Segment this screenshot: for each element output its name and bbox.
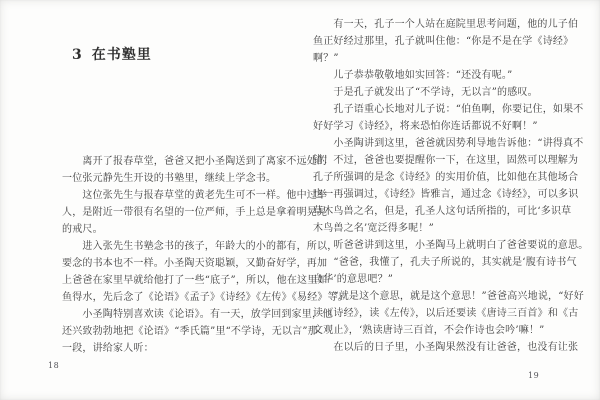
right-page-body-text: 有一天，孔子一个人站在庭院里思考问题，他的儿子伯鱼正好经过那里，孔子就叫住他：“… <box>313 16 563 356</box>
left-page: 3在书塾里 离开了报春草堂，爸爸又把小圣陶送到了离家不远处的一位张元静先生开设的… <box>0 0 300 400</box>
right-page: 有一天，孔子一个人站在庭院里思考问题，他的儿子伯鱼正好经过那里，孔子就叫住他：“… <box>300 0 600 400</box>
text-line: 有一天，孔子一个人站在庭院里思考问题，他的儿子伯 <box>313 16 563 33</box>
text-line: 小圣陶特别喜欢读《论语》。有一天，放学回到家里，他 <box>62 306 304 323</box>
text-line: 草木鸟兽之名，但是，孔圣人这句话所指的，可比‘多识草 <box>313 203 563 220</box>
page-number-left: 18 <box>48 361 59 370</box>
chapter-number: 3 <box>72 47 83 63</box>
text-line: 错！不过，爸爸也要提醒你一下，在这里，固然可以理解为 <box>313 152 563 169</box>
text-line: 一位张元静先生开设的书塾里，继续上学念书。 <box>62 170 304 187</box>
text-line: 鱼正好经过那里，孔子就叫住他：“你是不是在学《诗经》 <box>313 33 563 50</box>
text-line: 小圣陶讲到这里，爸爸就因势利导地告诉他：“讲得真不 <box>313 135 563 152</box>
page-number-right: 19 <box>528 371 539 380</box>
text-line: 听爸爸讲到这里，小圣陶马上就明白了爸爸要说的意思。 <box>313 237 563 254</box>
text-line: 在以后的日子里，小圣陶果然没有让爸爸，也没有让张 <box>313 339 563 356</box>
text-line: 上爸爸在家里早就给他打了一些“底子”，所以，他在这里如 <box>62 272 304 289</box>
left-page-body-text: 离开了报春草堂，爸爸又把小圣陶送到了离家不远处的一位张元静先生开设的书塾里，继续… <box>62 153 304 357</box>
text-line: 文观止》，‘熟读唐诗三百首，不会作诗也会吟’嘛！” <box>313 322 563 339</box>
text-line: “爸爸，我懂了，孔夫子所说的，其实就是‘腹有诗书气 <box>313 254 563 271</box>
text-line: 的戒尺。 <box>62 221 304 238</box>
text-line: 人，是附近一带很有名望的一位严师，手上总是拿着明晃晃 <box>62 204 304 221</box>
text-line: 也一再强调过，《诗经》皆雅言，通过念《诗经》，可以多识 <box>313 186 563 203</box>
text-line: 这位张先生与报春草堂的黄老先生可不一样。他中过举 <box>62 187 304 204</box>
chapter-title-text: 在书塾里 <box>92 47 152 63</box>
text-line: 好好学习《诗经》，将来恐怕你连话都说不好啊！” <box>313 118 563 135</box>
text-line: 读《诗经》，读《左传》，以后还要读《唐诗三百首》和《古 <box>313 305 563 322</box>
text-line: “就是这个意思，就是这个意思！”爸爸高兴地说，“好好 <box>313 288 563 305</box>
text-line: 离开了报春草堂，爸爸又把小圣陶送到了离家不远处的 <box>62 153 304 170</box>
text-line: 要念的书本也不一样。小圣陶天资聪颖，又勤奋好学，再加 <box>62 255 304 272</box>
text-line: 鱼得水，先后念了《论语》《孟子》《诗经》《左传》《易经》等。 <box>62 289 304 306</box>
chapter-title: 3在书塾里 <box>72 44 152 64</box>
text-line: 啊？” <box>313 50 563 67</box>
text-line: 还兴致勃勃地把《论语》“季氏篇”里“不学诗，无以言”那 <box>62 323 304 340</box>
text-line: 孔子所强调的是念《诗经》的实用价值，比如他在其他场合 <box>313 169 563 186</box>
text-line: 孔子语重心长地对儿子说：“伯鱼啊，你要记住，如果不 <box>313 101 563 118</box>
text-line: 自华’的意思吧？” <box>313 271 563 288</box>
text-line: 于是孔子就发出了“不学诗，无以言”的感叹。 <box>313 84 563 101</box>
book-spread: 3在书塾里 离开了报春草堂，爸爸又把小圣陶送到了离家不远处的一位张元静先生开设的… <box>0 0 600 400</box>
text-line: 木鸟兽之名’宽泛得多呢！” <box>313 220 563 237</box>
text-line: 一段，讲给家人听： <box>62 340 304 357</box>
text-line: 儿子恭恭敬敬地如实回答：“还没有呢。” <box>313 67 563 84</box>
text-line: 进入张先生书塾念书的孩子，年龄大的小的都有，所以， <box>62 238 304 255</box>
